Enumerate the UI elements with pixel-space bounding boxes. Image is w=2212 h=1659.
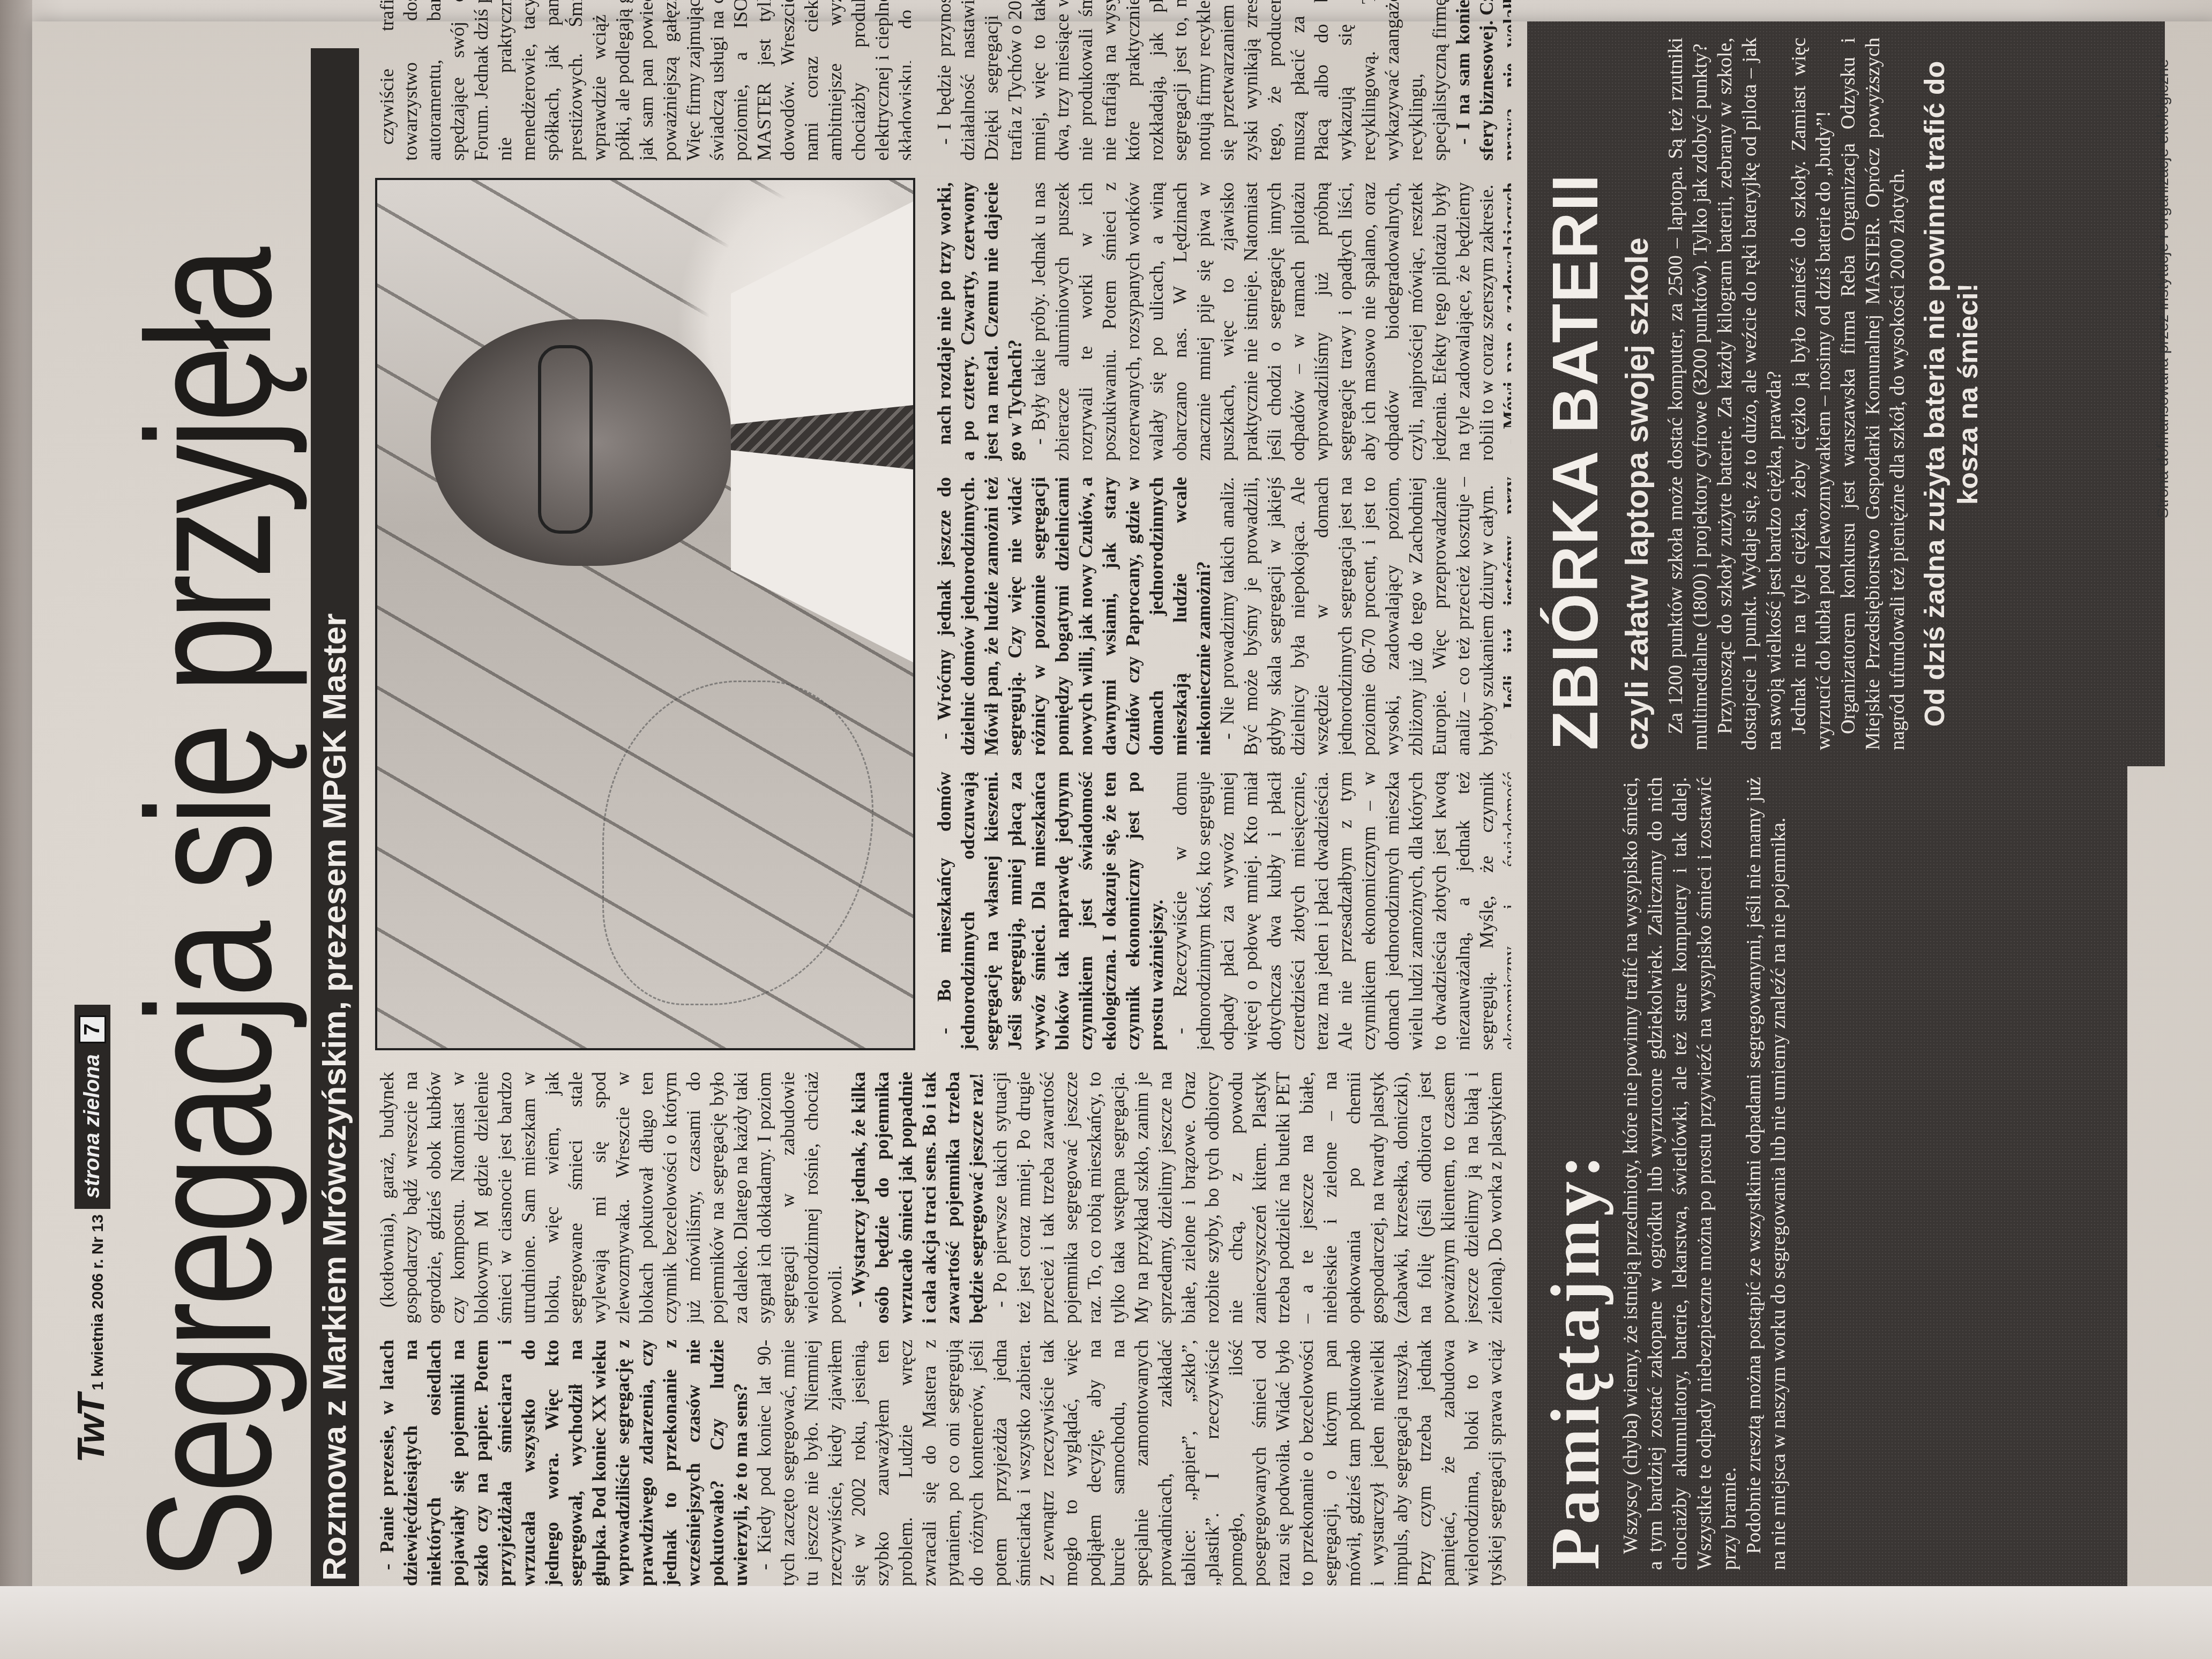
answer-paragraph: czywiście trafiało jeszcze towarzystwo d… <box>375 0 911 161</box>
page-footer-note: Strona dofinansowana przez instytucje i … <box>2154 59 2172 756</box>
issue-date: 1 kwietnia 2006 r. Nr 13 <box>89 1214 113 1391</box>
zbiorka-paragraph: Przynosząc do szkoły zużyte baterie. Za … <box>1713 38 1787 750</box>
zbiorka-title: ZBIÓRKA BATERII <box>1538 38 1613 750</box>
newspaper-logo: TwT <box>70 1396 113 1463</box>
subheadline: Rozmowa z Markiem Mrówczyńskim, prezesem… <box>311 48 359 1591</box>
page-number: 7 <box>79 1015 106 1043</box>
child-drawing-illustration <box>602 681 873 1005</box>
headline: Segregacja się przyjęła <box>113 369 305 1581</box>
zbiorka-paragraph: Za 1200 punktów szkoła może dostać kompu… <box>1663 38 1713 750</box>
answer-paragraph: - Rzeczywiście w domu jednorodzinnym kto… <box>1168 772 1511 1050</box>
pamietajmy-paragraph: Podobnie zresztą można postąpić ze wszys… <box>1742 777 1791 1570</box>
article-column-6: czywiście trafiało jeszcze towarzystwo d… <box>375 0 911 161</box>
section-label: strona zielona <box>80 1054 104 1198</box>
answer-paragraph: - Nie prowadzimy takich analiz. Być może… <box>1215 477 1498 756</box>
question-paragraph: - Bo mieszkańcy domów jednorodzinnych od… <box>932 772 1168 1050</box>
zbiorka-paragraph: Jednak nie na tyle ciężka, żeby ciężko j… <box>1787 38 1836 750</box>
article-column-7: - I będzie przynosić. To nie jest działa… <box>932 0 1511 161</box>
section-tag: strona zielona 7 <box>74 1005 110 1209</box>
pamietajmy-box: Pamiętajmy: Wszyscy (chyba) wiemy, że is… <box>1527 761 2127 1586</box>
newspaper-page-rotated: TwT 1 kwietnia 2006 r. Nr 13 strona ziel… <box>32 21 2212 1602</box>
article-column-5: nach rozdaje nie po trzy worki, a po czt… <box>932 182 1511 461</box>
zbiorka-baterii-box: ZBIÓRKA BATERII czyli załatw laptopa swo… <box>1527 21 2165 766</box>
pamietajmy-title: Pamiętajmy: <box>1538 777 1613 1570</box>
zbiorka-callout: Od dziś żadna zużyta bateria nie powinna… <box>1918 38 1985 750</box>
article-column-2: (kotłownia), garaż, budynek gospodarczy … <box>375 1072 1511 1324</box>
masthead: TwT 1 kwietnia 2006 r. Nr 13 strona ziel… <box>54 1005 113 1463</box>
answer-paragraph: - Kiedy pod koniec lat 90-tych zaczęto s… <box>752 1340 1511 1586</box>
question-paragraph: - Wystarczy jednak, że kilka osób będzie… <box>847 1072 988 1324</box>
question-paragraph: - Jeśli już jesteśmy przy Zachodniej Eur… <box>1498 477 1511 756</box>
binder-edge <box>0 0 32 1659</box>
question-paragraph: nach rozdaje nie po trzy worki, a po czt… <box>932 182 1027 461</box>
zbiorka-subtitle: czyli załatw laptopa swojej szkole <box>1618 38 1656 750</box>
zbiorka-paragraph: Organizatorem konkursu jest warszawska f… <box>1836 38 1910 750</box>
interview-photo <box>375 178 915 1050</box>
answer-paragraph: - Po pierwsze takich sytuacji też jest c… <box>988 1072 1511 1324</box>
answer-paragraph: (kotłownia), garaż, budynek gospodarczy … <box>375 1072 847 1324</box>
article-column-1: - Panie prezesie, w latach dziewięćdzies… <box>375 1340 1511 1586</box>
photo-glasses <box>538 345 593 534</box>
answer-paragraph: - Były takie próby. Jednak u nas zbierac… <box>1027 182 1498 461</box>
answer-paragraph: - I będzie przynosić. To nie jest działa… <box>932 0 1451 161</box>
article-column-4: - Wróćmy jednak jeszcze do dzielnic domó… <box>932 477 1511 756</box>
question-paragraph: - Panie prezesie, w latach dziewięćdzies… <box>375 1340 752 1586</box>
sheet-protector-edge <box>0 1586 2212 1659</box>
newspaper-page: TwT 1 kwietnia 2006 r. Nr 13 strona ziel… <box>32 21 2212 1602</box>
question-paragraph: - Mówi pan o zadowalających efektach. A … <box>1498 182 1511 461</box>
question-paragraph: - Wróćmy jednak jeszcze do dzielnic domó… <box>932 477 1215 756</box>
pamietajmy-paragraph: Wszyscy (chyba) wiemy, że istnieją przed… <box>1618 777 1742 1570</box>
article-column-3: - Bo mieszkańcy domów jednorodzinnych od… <box>932 772 1511 1050</box>
question-paragraph: - I na sam koniec dotknęliśmy sfery bizn… <box>1451 0 1511 161</box>
